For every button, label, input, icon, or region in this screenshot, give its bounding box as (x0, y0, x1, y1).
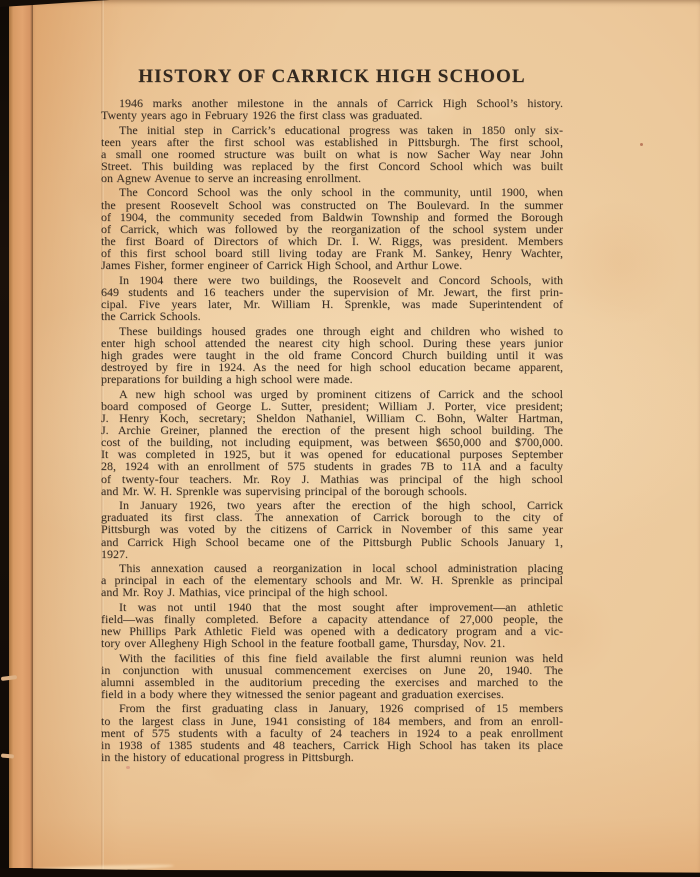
text-line: Twenty years ago in February 1926 the fi… (101, 109, 563, 121)
text-line: Pittsburgh was voted by the citizens of … (101, 523, 563, 535)
paragraph: In January 1926, two years after the ere… (101, 499, 563, 560)
text-line: to the largest class in June, 1941 consi… (101, 715, 563, 727)
text-line: 1927. (101, 548, 563, 560)
text-line: on Agnew Avenue to serve an increasing e… (101, 172, 563, 184)
text-line: the Carrick Schools. (101, 310, 563, 322)
text-line: preparations for building a high school … (101, 373, 563, 385)
scanned-yearbook-page: HISTORY OF CARRICK HIGH SCHOOL 1946 mark… (0, 0, 700, 877)
text-line: and Mr. Roy J. Mathias, vice principal o… (101, 586, 563, 598)
text-line: From the first graduating class in Janua… (101, 702, 563, 714)
paragraph: These buildings housed grades one throug… (101, 325, 563, 386)
text-line: A new high school was urged by prominent… (101, 388, 563, 400)
text-line: in the history of educational progress i… (101, 751, 563, 763)
paragraph: In 1904 there were two buildings, the Ro… (101, 274, 563, 323)
text-line: tory over Allegheny High School in the f… (101, 637, 563, 649)
text-line: and Carrick High School became one of th… (101, 536, 563, 548)
paper-speck (640, 143, 643, 146)
text-line: 28, 1924 with an enrollment of 575 stude… (101, 460, 563, 472)
book-gutter-shadow (0, 0, 9, 877)
paragraph: With the facilities of this fine field a… (101, 652, 563, 701)
text-line: The initial step in Carrick’s educationa… (101, 124, 563, 136)
paragraph: From the first graduating class in Janua… (101, 702, 563, 763)
paragraph: This annexation caused a reorganization … (101, 562, 563, 598)
text-line: These buildings housed grades one throug… (101, 325, 563, 337)
text-line: The Concord School was the only school i… (101, 186, 563, 198)
article-body: 1946 marks another milestone in the anna… (101, 97, 563, 763)
paper-page: HISTORY OF CARRICK HIGH SCHOOL 1946 mark… (33, 0, 700, 877)
paragraph: 1946 marks another milestone in the anna… (101, 97, 563, 121)
page-title: HISTORY OF CARRICK HIGH SCHOOL (101, 66, 563, 88)
paragraph: A new high school was urged by prominent… (101, 388, 563, 497)
underlying-page-edge (9, 0, 33, 868)
paragraph: It was not until 1940 that the most soug… (101, 601, 563, 650)
paragraph: The initial step in Carrick’s educationa… (101, 124, 563, 185)
text-line: field in a body where they witnessed the… (101, 688, 563, 700)
text-line: the present Roosevelt School was constru… (101, 199, 563, 211)
text-line: and Mr. W. H. Sprenkle was supervising p… (101, 485, 563, 497)
text-line: of twenty-four teachers. Mr. Roy J. Math… (101, 473, 563, 485)
text-line: James Fisher, former engineer of Carrick… (101, 259, 563, 271)
paper-speck (126, 766, 130, 769)
page-content: HISTORY OF CARRICK HIGH SCHOOL 1946 mark… (101, 0, 563, 765)
paragraph: The Concord School was the only school i… (101, 186, 563, 271)
text-line: With the facilities of this fine field a… (101, 652, 563, 664)
text-line: teen years after the first school was es… (101, 136, 563, 148)
